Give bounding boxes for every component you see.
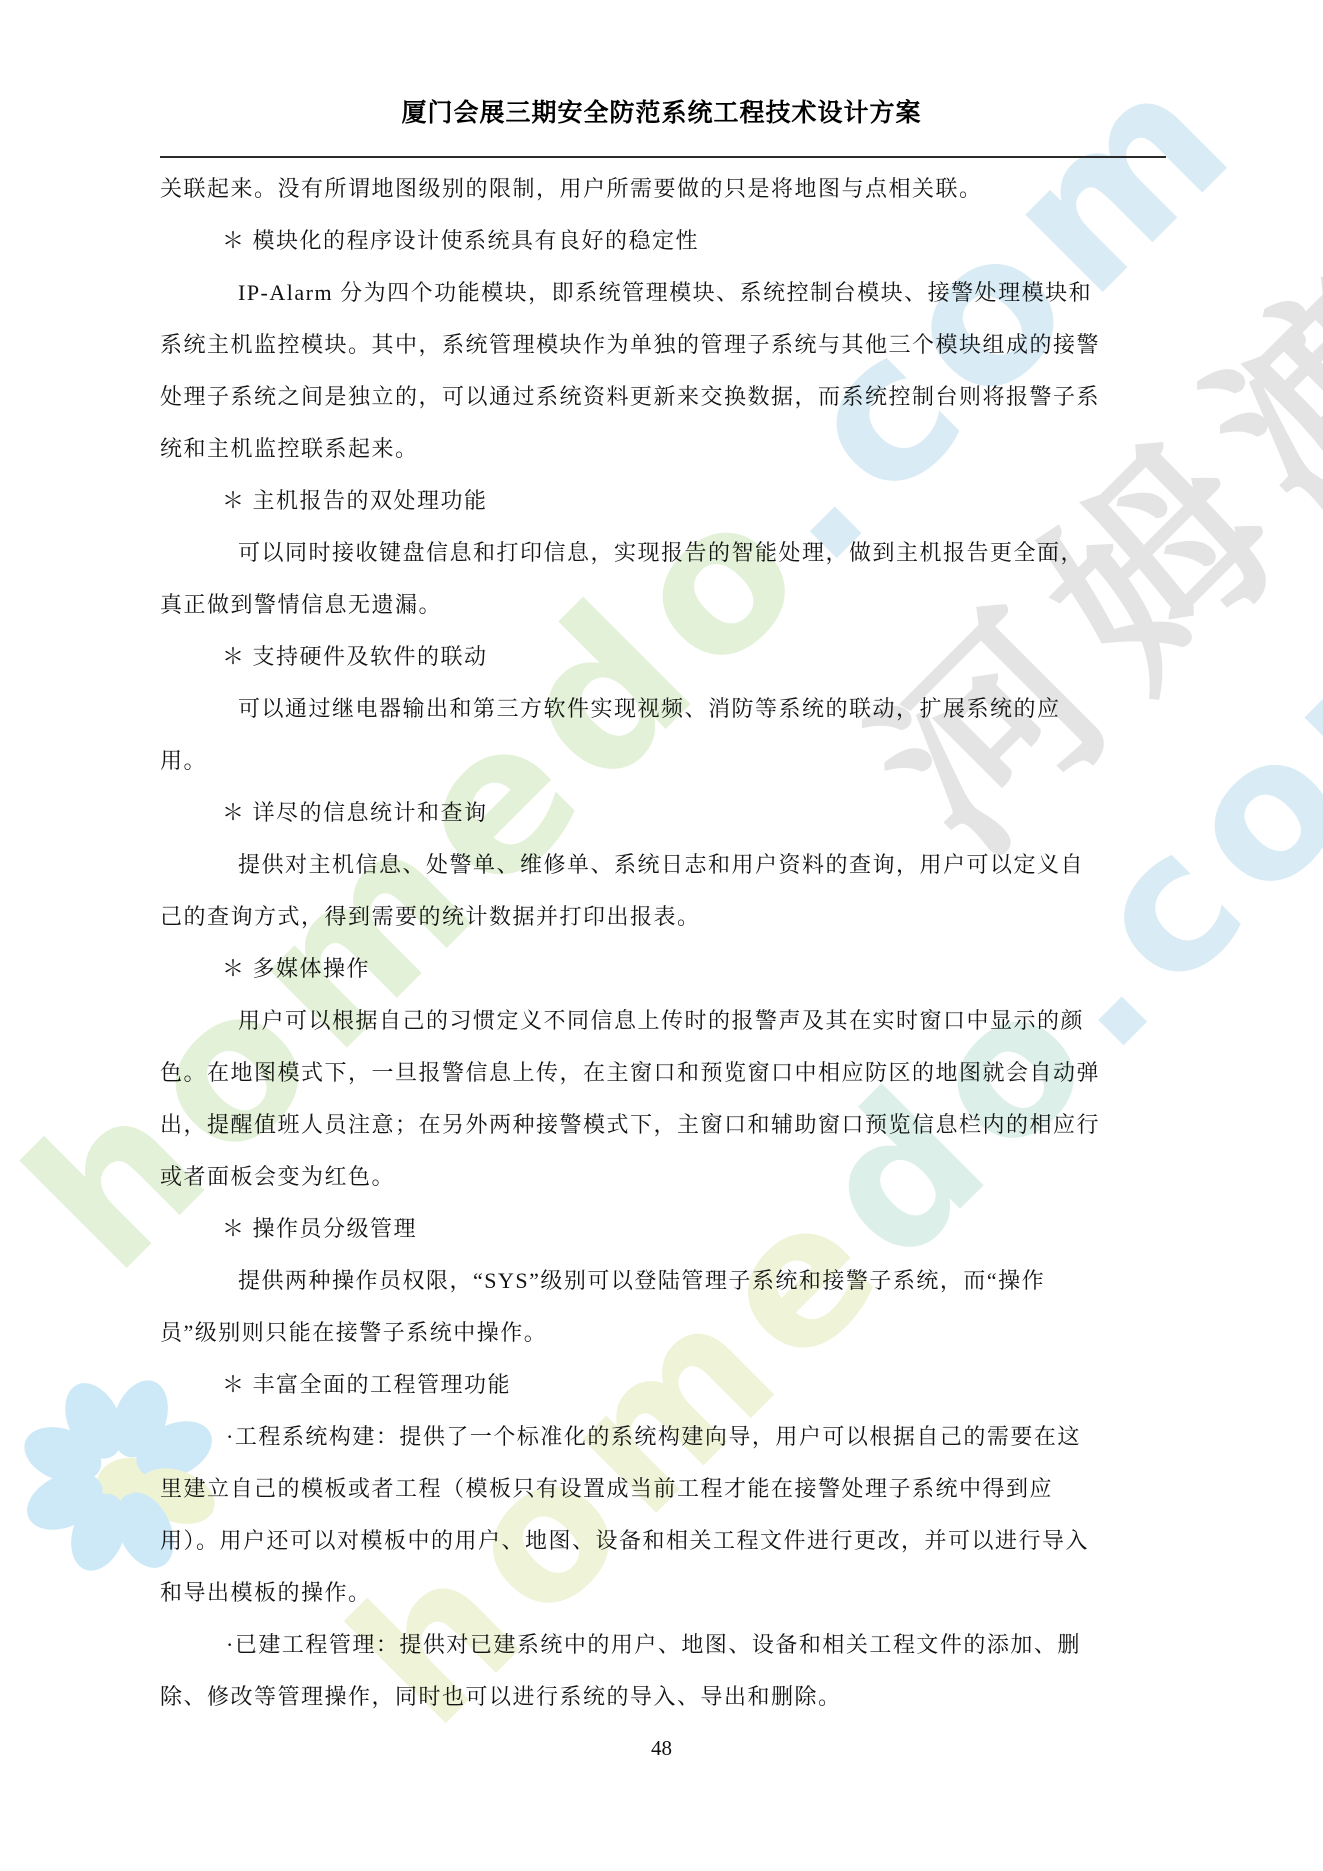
text-line: 真正做到警情信息无遗漏。 <box>160 579 1170 631</box>
text-line: ·工程系统构建：提供了一个标准化的系统构建向导，用户可以根据自己的需要在这 <box>160 1411 1170 1463</box>
document-body: 关联起来。没有所谓地图级别的限制，用户所需要做的只是将地图与点相关联。＊ 模块化… <box>160 163 1170 1723</box>
text-line: 里建立自己的模板或者工程（模板只有设置成当前工程才能在接警处理子系统中得到应 <box>160 1463 1170 1515</box>
text-line: 己的查询方式，得到需要的统计数据并打印出报表。 <box>160 891 1170 943</box>
text-line: 关联起来。没有所谓地图级别的限制，用户所需要做的只是将地图与点相关联。 <box>160 163 1170 215</box>
text-line: 除、修改等管理操作，同时也可以进行系统的导入、导出和删除。 <box>160 1671 1170 1723</box>
page-title: 厦门会展三期安全防范系统工程技术设计方案 <box>0 93 1323 129</box>
text-line: ·已建工程管理：提供对已建系统中的用户、地图、设备和相关工程文件的添加、删 <box>160 1619 1170 1671</box>
text-line: ＊ 模块化的程序设计使系统具有良好的稳定性 <box>160 215 1170 267</box>
text-line: 可以通过继电器输出和第三方软件实现视频、消防等系统的联动，扩展系统的应 <box>160 683 1170 735</box>
document-page: homedo.com homedo.com 河姆渡 厦门会展三期安全防范系统工程… <box>0 0 1323 1871</box>
text-line: ＊ 多媒体操作 <box>160 943 1170 995</box>
header-divider <box>160 156 1166 158</box>
page-number: 48 <box>0 1736 1323 1761</box>
text-line: 色。在地图模式下，一旦报警信息上传，在主窗口和预览窗口中相应防区的地图就会自动弹 <box>160 1047 1170 1099</box>
text-line: 和导出模板的操作。 <box>160 1567 1170 1619</box>
text-line: 或者面板会变为红色。 <box>160 1151 1170 1203</box>
text-line: 可以同时接收键盘信息和打印信息，实现报告的智能处理，做到主机报告更全面， <box>160 527 1170 579</box>
document-content: 厦门会展三期安全防范系统工程技术设计方案 关联起来。没有所谓地图级别的限制，用户… <box>0 0 1323 1871</box>
text-line: 处理子系统之间是独立的，可以通过系统资料更新来交换数据，而系统控制台则将报警子系 <box>160 371 1170 423</box>
text-line: 提供两种操作员权限，“SYS”级别可以登陆管理子系统和接警子系统，而“操作 <box>160 1255 1170 1307</box>
text-line: 提供对主机信息、处警单、维修单、系统日志和用户资料的查询，用户可以定义自 <box>160 839 1170 891</box>
text-line: 系统主机监控模块。其中，系统管理模块作为单独的管理子系统与其他三个模块组成的接警 <box>160 319 1170 371</box>
text-line: 出，提醒值班人员注意；在另外两种接警模式下，主窗口和辅助窗口预览信息栏内的相应行 <box>160 1099 1170 1151</box>
text-line: ＊ 主机报告的双处理功能 <box>160 475 1170 527</box>
text-line: 用户可以根据自己的习惯定义不同信息上传时的报警声及其在实时窗口中显示的颜 <box>160 995 1170 1047</box>
text-line: 用）。用户还可以对模板中的用户、地图、设备和相关工程文件进行更改，并可以进行导入 <box>160 1515 1170 1567</box>
text-line: IP-Alarm 分为四个功能模块，即系统管理模块、系统控制台模块、接警处理模块… <box>160 267 1170 319</box>
text-line: 用。 <box>160 735 1170 787</box>
text-line: ＊ 操作员分级管理 <box>160 1203 1170 1255</box>
text-line: 统和主机监控联系起来。 <box>160 423 1170 475</box>
text-line: ＊ 支持硬件及软件的联动 <box>160 631 1170 683</box>
text-line: ＊ 丰富全面的工程管理功能 <box>160 1359 1170 1411</box>
text-line: 员”级别则只能在接警子系统中操作。 <box>160 1307 1170 1359</box>
text-line: ＊ 详尽的信息统计和查询 <box>160 787 1170 839</box>
